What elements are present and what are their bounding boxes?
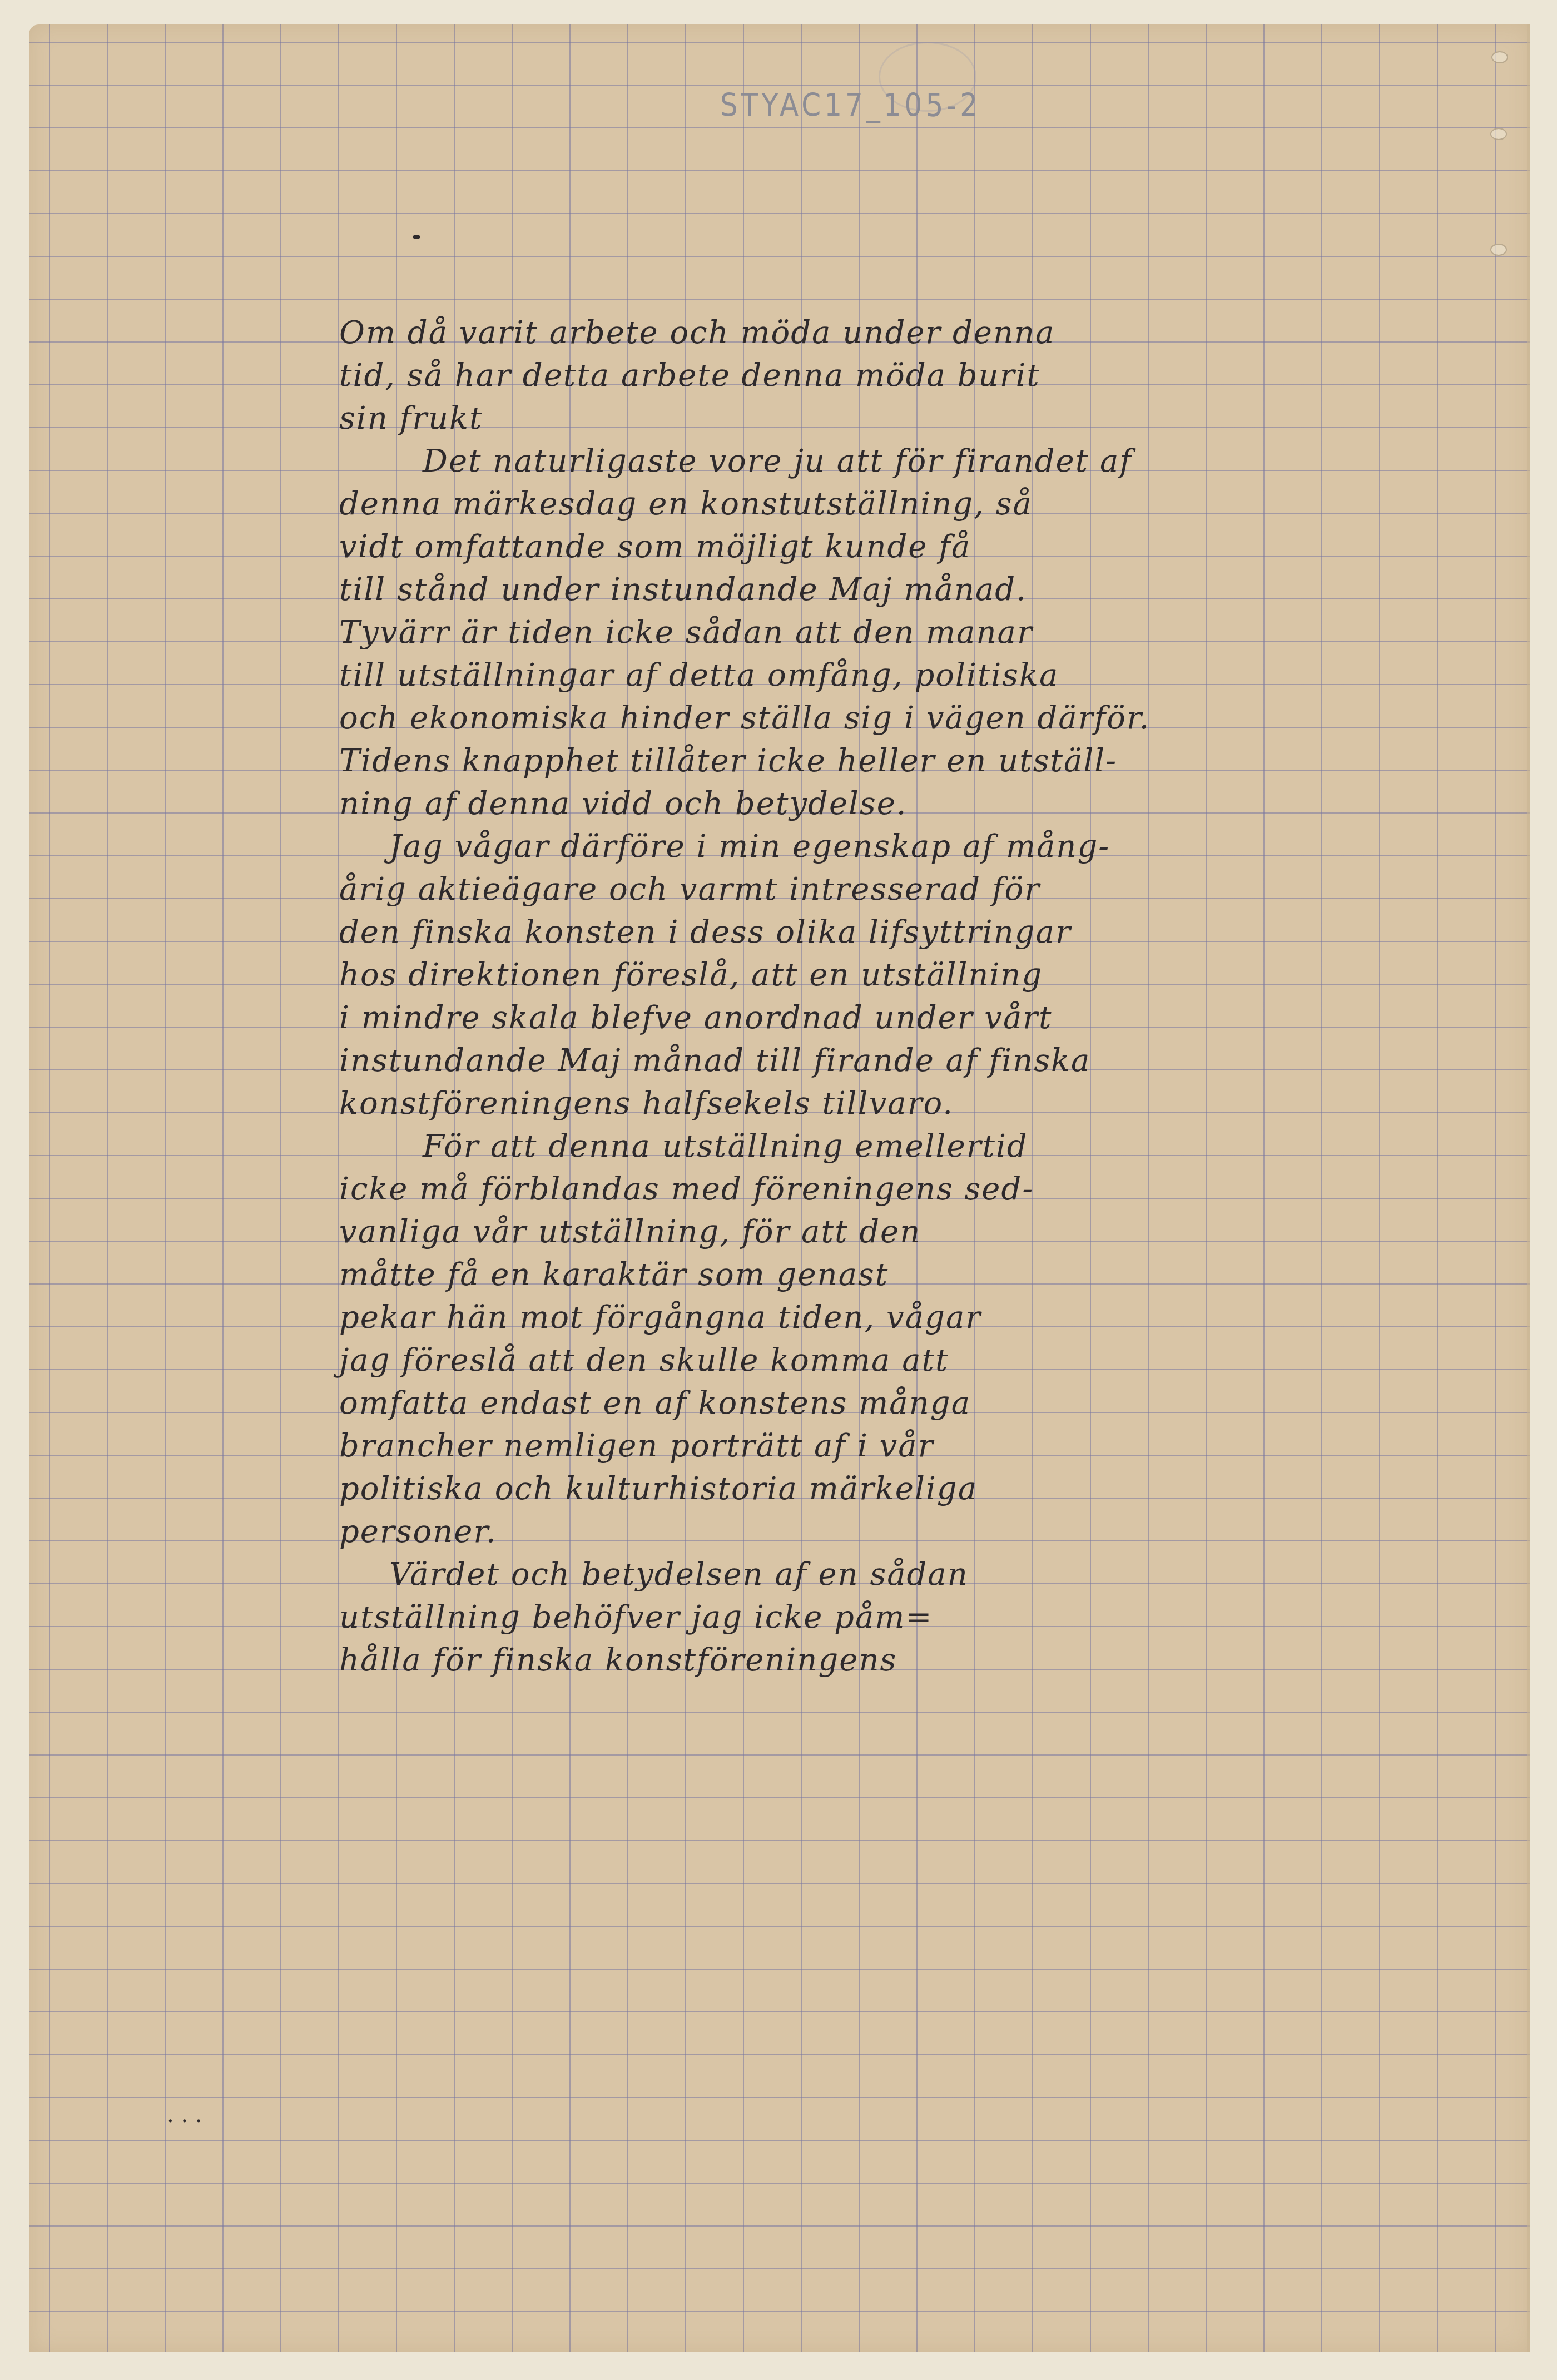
text-line: icke må förblandas med föreningens sed-: [339, 1168, 1496, 1211]
text-line: omfatta endast en af konstens många: [339, 1382, 1496, 1425]
text-line: Tidens knapphet tillåter icke heller en …: [339, 740, 1496, 782]
text-line: Värdet och betydelsen af en sådan: [339, 1553, 1496, 1596]
text-line: denna märkesdag en konstutställning, så: [339, 483, 1496, 525]
text-line: årig aktieägare och varmt intresserad fö…: [339, 868, 1496, 911]
punch-hole: [1491, 51, 1508, 63]
text-line: hos direktionen föreslå, att en utställn…: [339, 954, 1496, 996]
text-line: tid, så har detta arbete denna möda buri…: [339, 354, 1496, 397]
ink-blot: [413, 235, 420, 239]
text-line: vidt omfattande som möjligt kunde få: [339, 525, 1496, 568]
handwritten-letter-body: Om då varit arbete och möda under denna …: [339, 311, 1496, 1682]
text-line: till stånd under instundande Maj månad.: [339, 568, 1496, 611]
text-line: Det naturligaste vore ju att för firande…: [339, 440, 1496, 483]
margin-marks: . . .: [167, 2102, 202, 2128]
text-line: brancher nemligen porträtt af i vår: [339, 1425, 1496, 1467]
punch-hole: [1490, 244, 1507, 256]
text-line: till utställningar af detta omfång, poli…: [339, 654, 1496, 697]
text-line: politiska och kulturhistoria märkeliga: [339, 1467, 1496, 1510]
text-line: i mindre skala blefve anordnad under vår…: [339, 996, 1496, 1039]
archive-code: STYAC17_105-2: [720, 87, 981, 124]
text-line: ning af denna vidd och betydelse.: [339, 782, 1496, 825]
text-line: hålla för finska konstföreningens: [339, 1639, 1496, 1682]
text-line: utställning behöfver jag icke påm=: [339, 1596, 1496, 1639]
text-line: För att denna utställning emellertid: [339, 1125, 1496, 1168]
text-line: måtte få en karaktär som genast: [339, 1253, 1496, 1296]
text-line: pekar hän mot förgångna tiden, vågar: [339, 1296, 1496, 1339]
text-line: jag föreslå att den skulle komma att: [339, 1339, 1496, 1382]
text-line: och ekonomiska hinder ställa sig i vägen…: [339, 697, 1496, 740]
punch-hole: [1490, 128, 1507, 140]
text-line: personer.: [339, 1510, 1496, 1553]
text-line: den finska konsten i dess olika lifsyttr…: [339, 911, 1496, 954]
text-line: Jag vågar därföre i min egenskap af mång…: [339, 825, 1496, 868]
text-line: konstföreningens halfsekels tillvaro.: [339, 1082, 1496, 1125]
text-line: Om då varit arbete och möda under denna: [339, 311, 1496, 354]
text-line: instundande Maj månad till firande af fi…: [339, 1039, 1496, 1082]
text-line: sin frukt: [339, 397, 1496, 440]
paper-edge: [1527, 24, 1530, 2352]
text-line: Tyvärr är tiden icke sådan att den manar: [339, 611, 1496, 654]
text-line: vanliga vår utställning, för att den: [339, 1211, 1496, 1253]
